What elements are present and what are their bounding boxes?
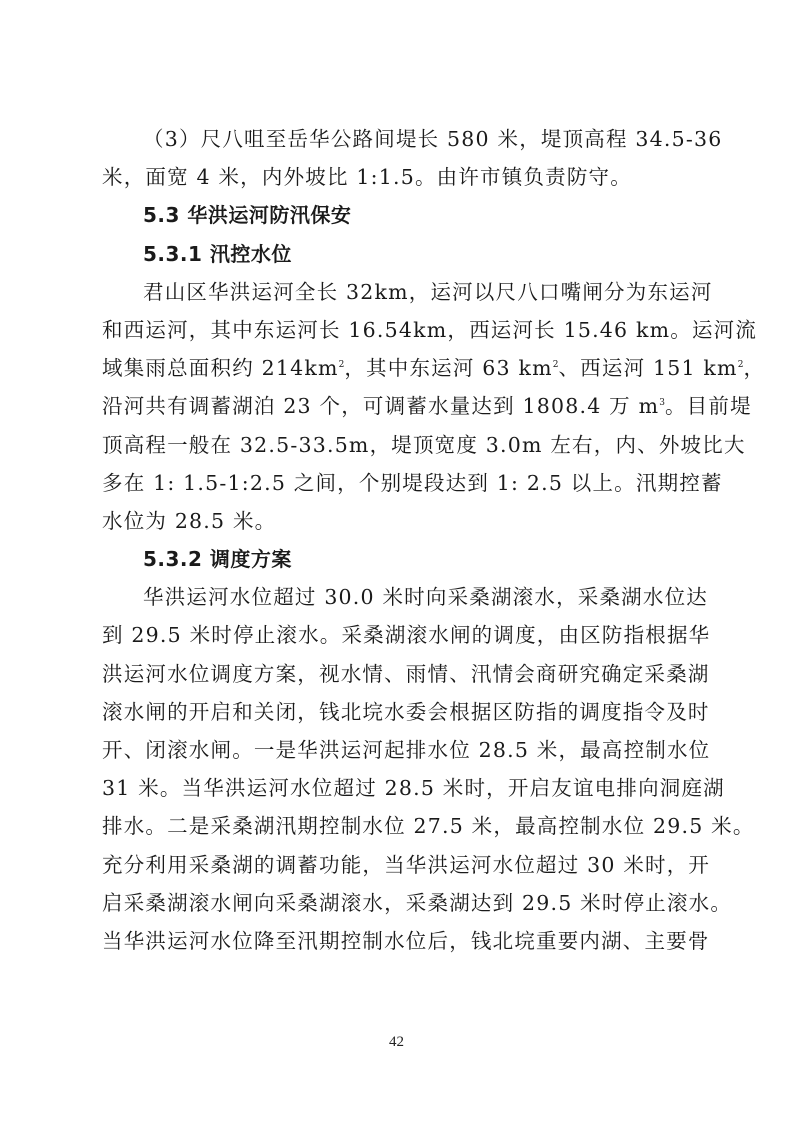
text-run: 。目前堤 xyxy=(665,394,752,418)
paragraph-line: 启采桑湖滚水闸向采桑湖滚水，采桑湖达到 29.5 米时停止滚水。 xyxy=(102,884,692,922)
paragraph-line: （3）尺八咀至岳华公路间堤长 580 米，堤顶高程 34.5-36 xyxy=(102,120,692,158)
paragraph-line: 水位为 28.5 米。 xyxy=(102,502,692,540)
paragraph-line: 排水。二是采桑湖汛期控制水位 27.5 米，最高控制水位 29.5 米。 xyxy=(102,807,692,845)
text-run: 沿河共有调蓄湖泊 23 个，可调蓄水量达到 1808.4 万 m xyxy=(102,394,659,418)
subsection-heading-5-3-1: 5.3.1 汛控水位 xyxy=(102,235,692,273)
paragraph-line: 开、闭滚水闸。一是华洪运河起排水位 28.5 米，最高控制水位 xyxy=(102,731,692,769)
text-run: ，其中东运河 63 km xyxy=(344,356,552,380)
text-run: 域集雨总面积约 214km xyxy=(102,356,339,380)
paragraph-line: 华洪运河水位超过 30.0 米时向采桑湖滚水，采桑湖水位达 xyxy=(102,578,692,616)
paragraph-line-area: 域集雨总面积约 214km2，其中东运河 63 km2、西运河 151 km2， xyxy=(102,349,692,387)
paragraph-line: 31 米。当华洪运河水位超过 28.5 米时，开启友谊电排向洞庭湖 xyxy=(102,769,692,807)
text-run: 、西运河 151 km xyxy=(558,356,737,380)
paragraph-line: 和西运河，其中东运河长 16.54km，西运河长 15.46 km。运河流 xyxy=(102,311,692,349)
paragraph-line: 到 29.5 米时停止滚水。采桑湖滚水闸的调度，由区防指根据华 xyxy=(102,616,692,654)
paragraph-line: 君山区华洪运河全长 32km，运河以尺八口嘴闸分为东运河 xyxy=(102,273,692,311)
document-page: （3）尺八咀至岳华公路间堤长 580 米，堤顶高程 34.5-36 米，面宽 4… xyxy=(102,120,692,960)
paragraph-line: 顶高程一般在 32.5-33.5m，堤顶宽度 3.0m 左右，内、外坡比大 xyxy=(102,426,692,464)
paragraph-line: 充分利用采桑湖的调蓄功能，当华洪运河水位超过 30 米时，开 xyxy=(102,846,692,884)
paragraph-line-volume: 沿河共有调蓄湖泊 23 个，可调蓄水量达到 1808.4 万 m3。目前堤 xyxy=(102,387,692,425)
page-number: 42 xyxy=(0,1034,793,1051)
text-run: ， xyxy=(743,356,765,380)
paragraph-line: 米，面宽 4 米，内外坡比 1:1.5。由许市镇负责防守。 xyxy=(102,158,692,196)
section-heading-5-3: 5.3 华洪运河防汛保安 xyxy=(102,196,692,234)
paragraph-line: 多在 1: 1.5-1:2.5 之间，个别堤段达到 1: 2.5 以上。汛期控蓄 xyxy=(102,464,692,502)
subsection-heading-5-3-2: 5.3.2 调度方案 xyxy=(102,540,692,578)
paragraph-line: 当华洪运河水位降至汛期控制水位后，钱北垸重要内湖、主要骨 xyxy=(102,922,692,960)
paragraph-line: 洪运河水位调度方案，视水情、雨情、汛情会商研究确定采桑湖 xyxy=(102,655,692,693)
paragraph-line: 滚水闸的开启和关闭，钱北垸水委会根据区防指的调度指令及时 xyxy=(102,693,692,731)
